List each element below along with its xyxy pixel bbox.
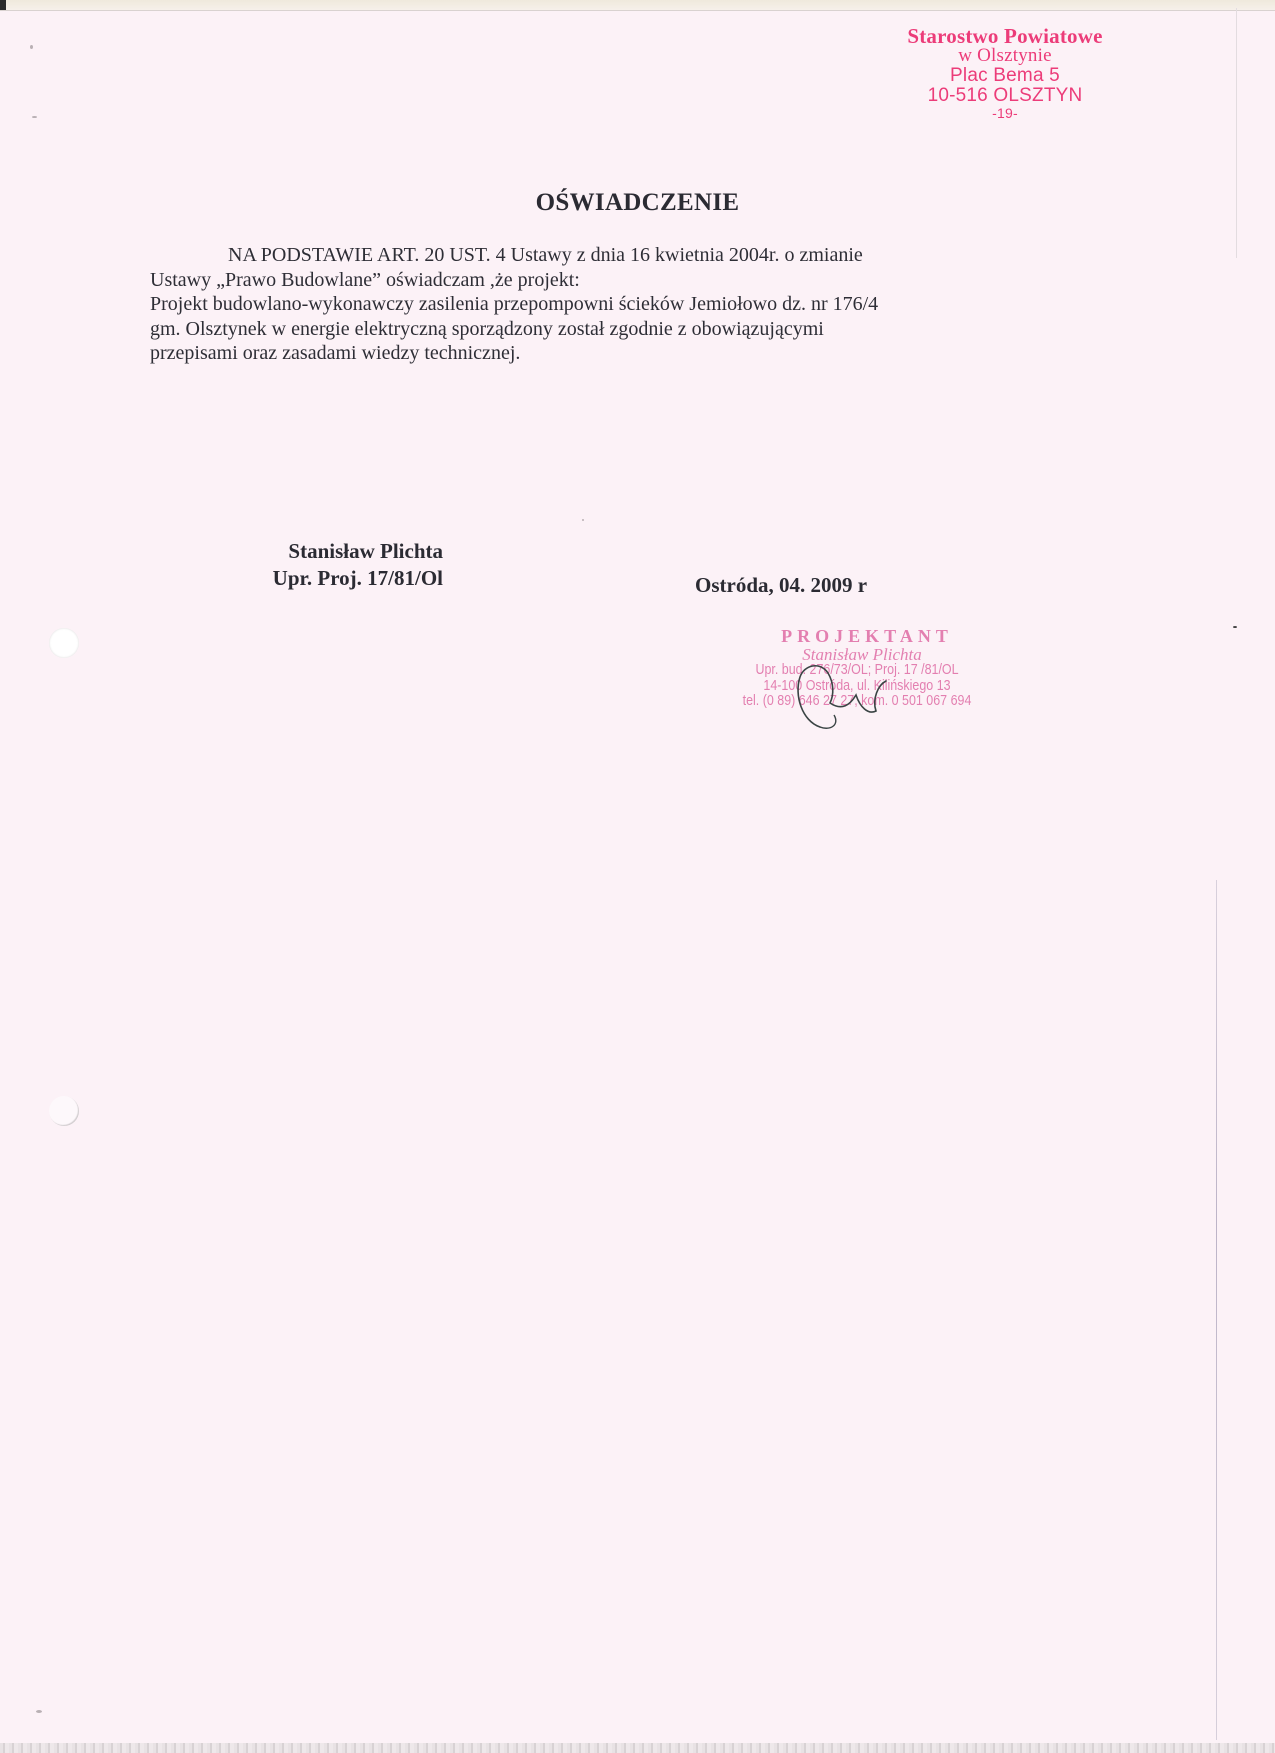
designer-stamp-header: PROJEKTANT: [712, 626, 1002, 646]
punch-hole: [49, 1096, 79, 1126]
page-edge: [1236, 8, 1237, 258]
body-line: gm. Olsztynek w energie elektryczną spor…: [150, 317, 1050, 342]
office-stamp-line: w Olsztynie: [860, 46, 1150, 66]
scan-corner-mark: [0, 0, 6, 10]
body-line: Ustawy „Prawo Budowlane” oświadczam ,że …: [150, 268, 1050, 293]
scan-speck: [32, 116, 37, 118]
body-line: Projekt budowlano-wykonawczy zasilenia p…: [150, 292, 1050, 317]
scan-speck: [1233, 626, 1237, 628]
scan-top-edge: [0, 0, 1275, 11]
signer-license: Upr. Proj. 17/81/Ol: [230, 565, 443, 592]
declaration-body: NA PODSTAWIE ART. 20 UST. 4 Ustawy z dni…: [150, 243, 1050, 366]
punch-hole: [49, 628, 79, 658]
scan-speck: [582, 519, 584, 521]
document-title: OŚWIADCZENIE: [0, 189, 1275, 217]
scan-speck: [30, 45, 33, 49]
body-line: NA PODSTAWIE ART. 20 UST. 4 Ustawy z dni…: [150, 243, 1050, 268]
office-stamp-line: Starostwo Powiatowe: [860, 26, 1150, 46]
fold-line: [1216, 880, 1217, 1740]
scan-bottom-edge: [0, 1743, 1275, 1753]
body-line: przepisami oraz zasadami wiedzy technicz…: [150, 341, 1050, 366]
signer-block: Stanisław Plichta Upr. Proj. 17/81/Ol: [230, 538, 443, 592]
office-stamp: Starostwo Powiatowe w Olsztynie Plac Bem…: [860, 26, 1150, 120]
office-stamp-line: -19-: [860, 106, 1150, 120]
scan-speck: [36, 1710, 42, 1713]
place-date: Ostróda, 04. 2009 r: [695, 573, 867, 598]
office-stamp-line: 10-516 OLSZTYN: [860, 86, 1150, 106]
office-stamp-line: Plac Bema 5: [860, 66, 1150, 86]
signer-name: Stanisław Plichta: [230, 538, 443, 565]
handwritten-signature-icon: [790, 655, 910, 735]
